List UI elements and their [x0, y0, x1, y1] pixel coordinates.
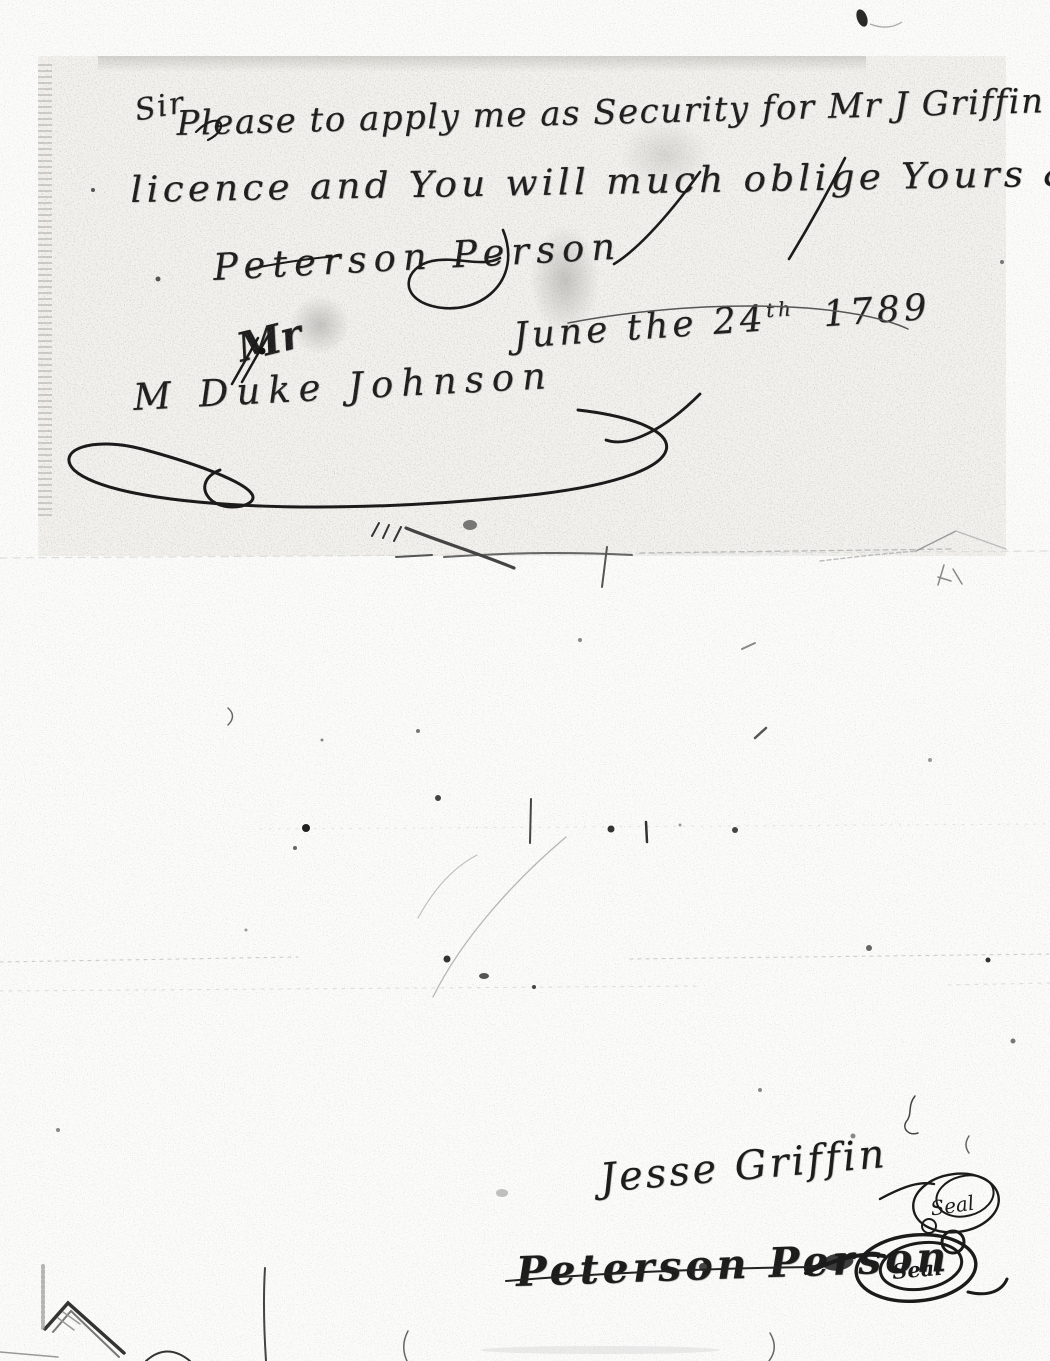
peterson-person-signature: Peterson Person — [515, 1233, 951, 1296]
corner-tear-marks — [0, 1266, 266, 1361]
date-ordinal: th — [765, 297, 795, 322]
jesse-griffin-signature: Jesse Griffin — [598, 1131, 889, 1202]
seal-1-flourish: Seal — [880, 1168, 1003, 1237]
seal-1-label: Seal — [929, 1191, 976, 1221]
date-year: 1789 — [822, 287, 932, 335]
fold-crease-lines — [0, 520, 1050, 991]
bottom-edge-marks — [404, 1331, 775, 1361]
scanned-document-page: Sir Please to apply me as Security for M… — [0, 0, 1050, 1361]
scratch-marks — [228, 708, 969, 1153]
top-ink-blot — [854, 8, 902, 28]
